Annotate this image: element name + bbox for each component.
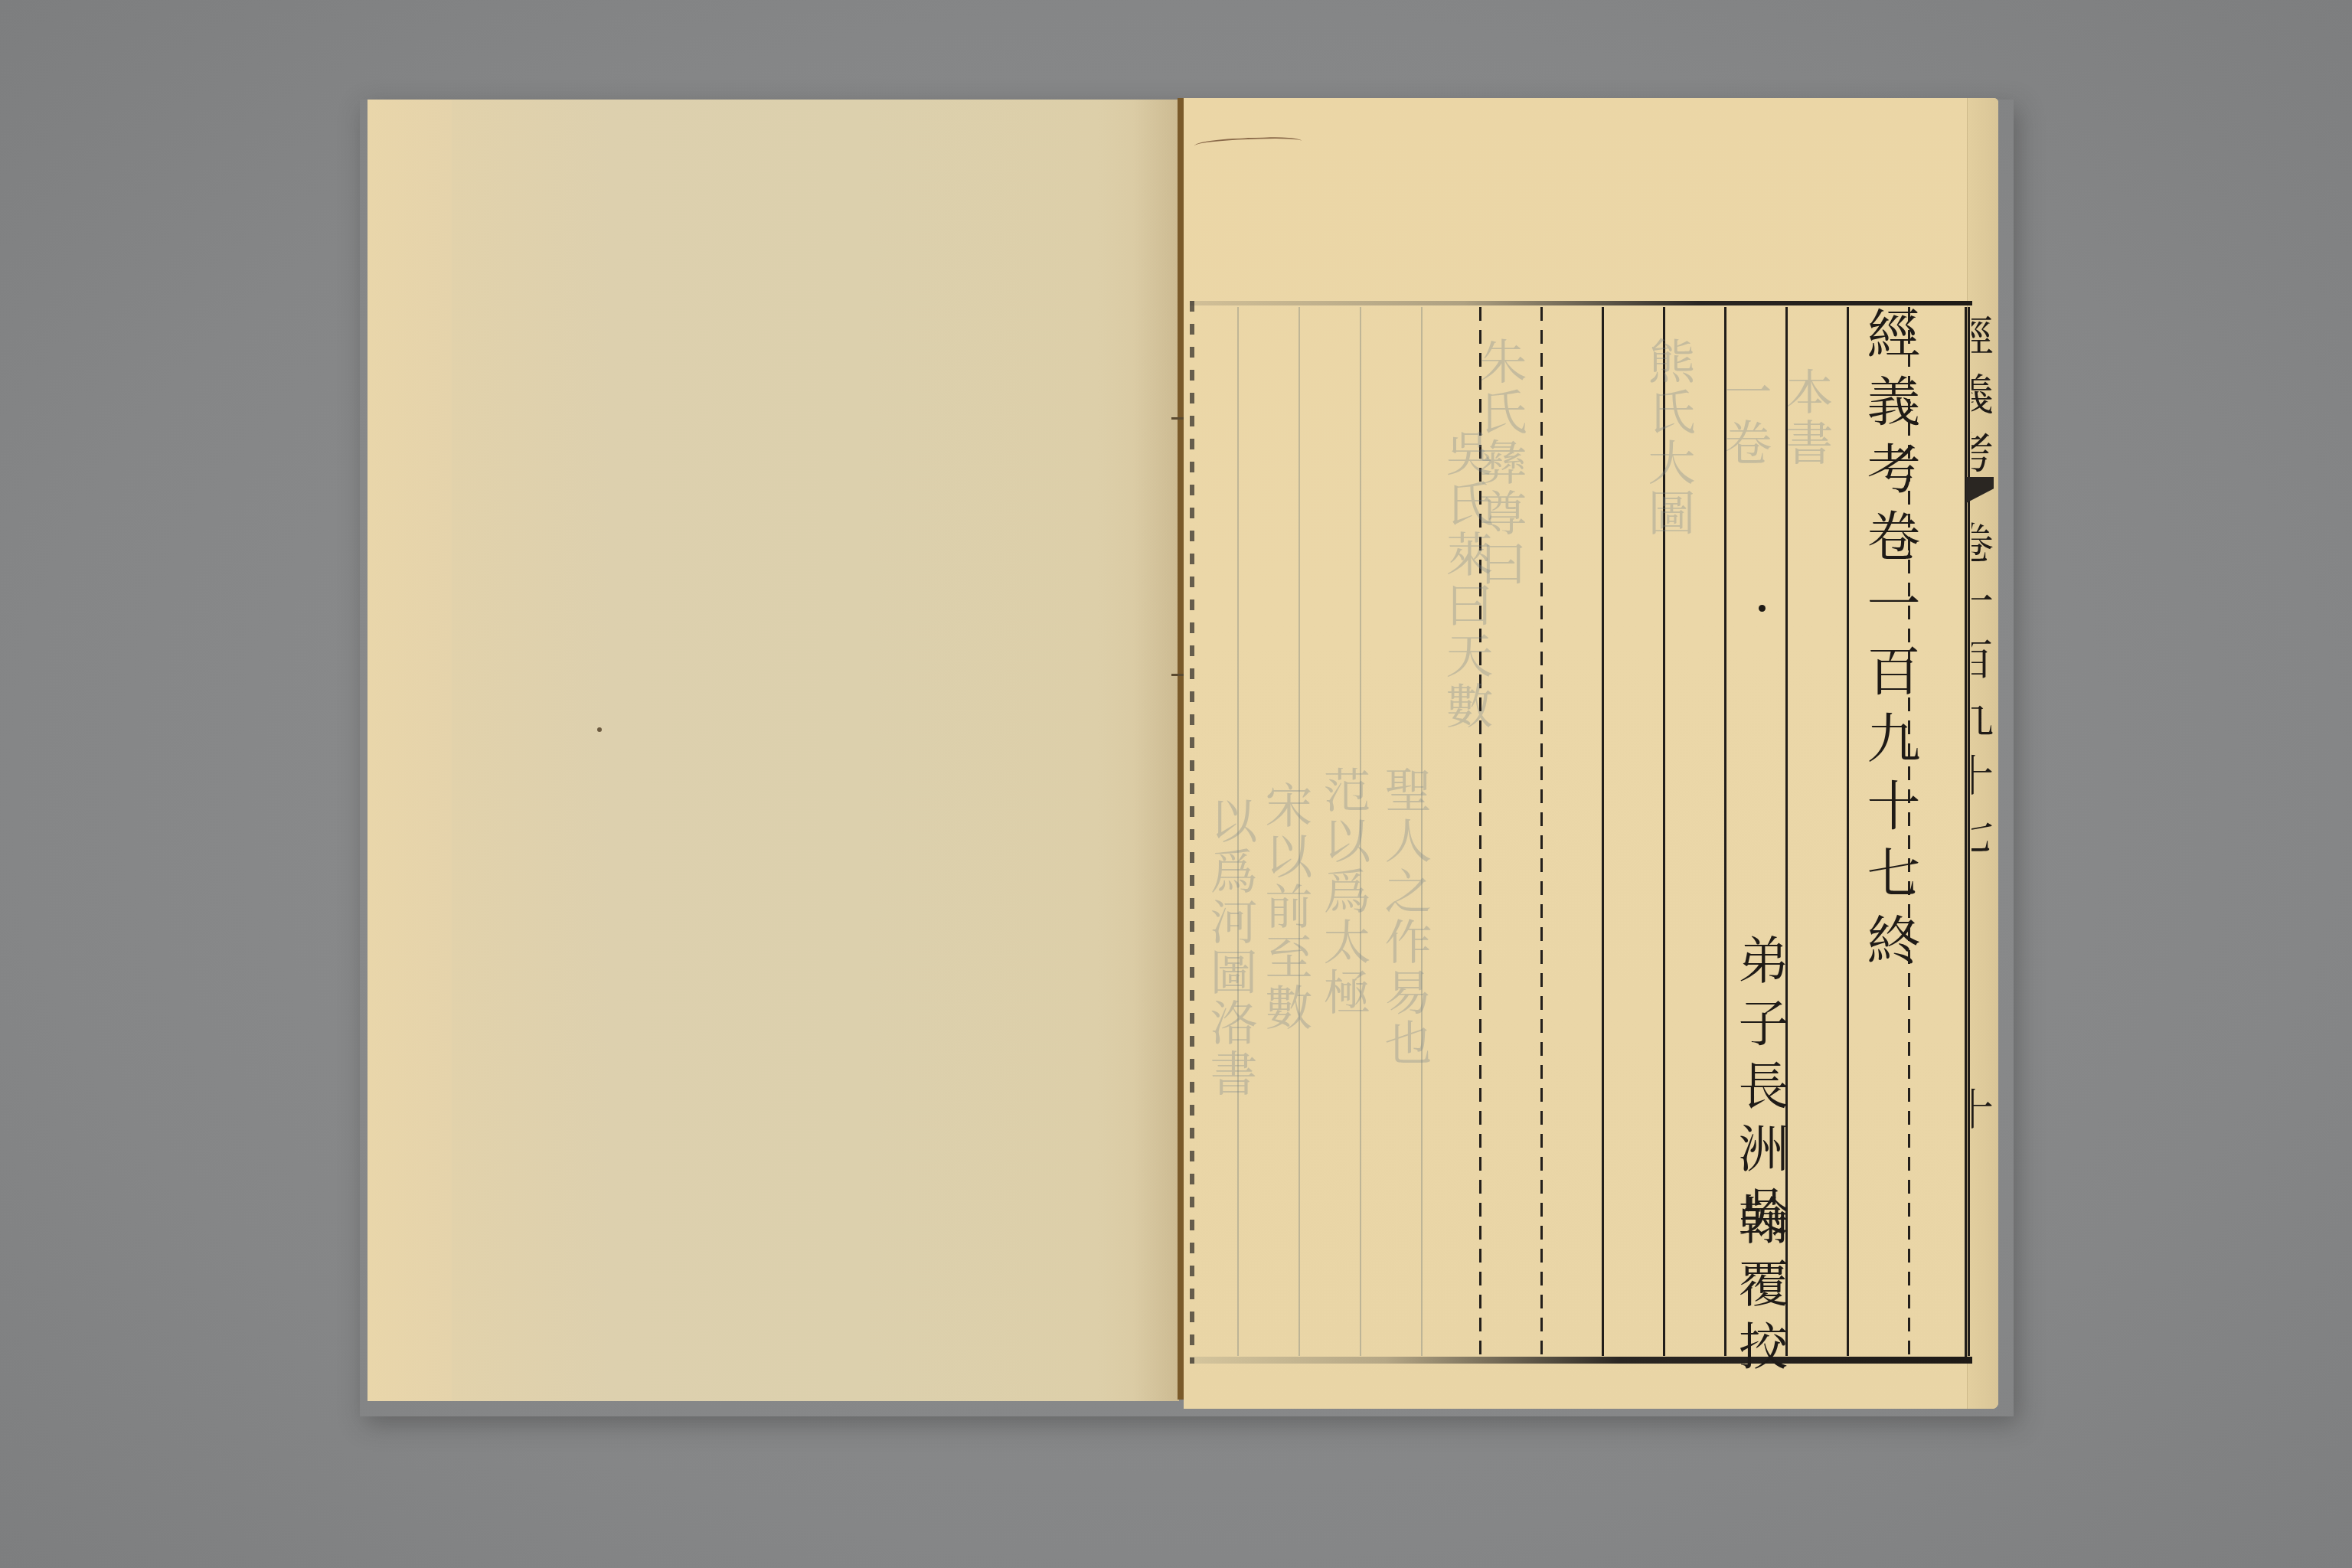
paper-speck — [597, 727, 602, 732]
block-center-leaf-number: 十三 — [1971, 1087, 1999, 1156]
frame-top-rule — [1190, 301, 1972, 305]
show-through-text: 以爲河圖洛書 — [1200, 796, 1259, 1099]
show-through-text: 范以爲太極 — [1314, 766, 1372, 1018]
column-rule — [1847, 307, 1849, 1356]
block-center-juan-number: 卷一百九十七 — [1971, 521, 1999, 873]
show-through-text: 熊氏大圖 — [1638, 337, 1697, 539]
frame-left-rule — [1190, 301, 1194, 1364]
left-page-fold-strip — [367, 100, 452, 1401]
frame-bottom-rule — [1190, 1357, 1972, 1364]
ink-dot — [1759, 605, 1766, 612]
block-center-rule — [1965, 307, 1967, 1357]
show-through-text: 聖人之作易也 — [1375, 766, 1433, 1069]
show-through-text: 本書 — [1776, 367, 1834, 469]
block-center-book-title: 經義考 — [1971, 314, 1999, 490]
juan-end-title: 經義考卷一百九十七終 — [1851, 306, 1929, 980]
column-rule — [1540, 307, 1543, 1356]
show-through-text: 一卷 — [1715, 367, 1773, 469]
left-page-gutter-shade — [1133, 100, 1179, 1401]
show-through-text: 宋以前至數 — [1256, 781, 1314, 1034]
show-through-text: 朱氏彝尊曰 — [1470, 337, 1528, 590]
left-page-flyleaf — [367, 100, 1179, 1401]
column-rule — [1602, 307, 1604, 1356]
binding-gutter — [1178, 98, 1184, 1400]
collator-credit-action: 翰覆挍 — [1723, 1194, 1795, 1383]
